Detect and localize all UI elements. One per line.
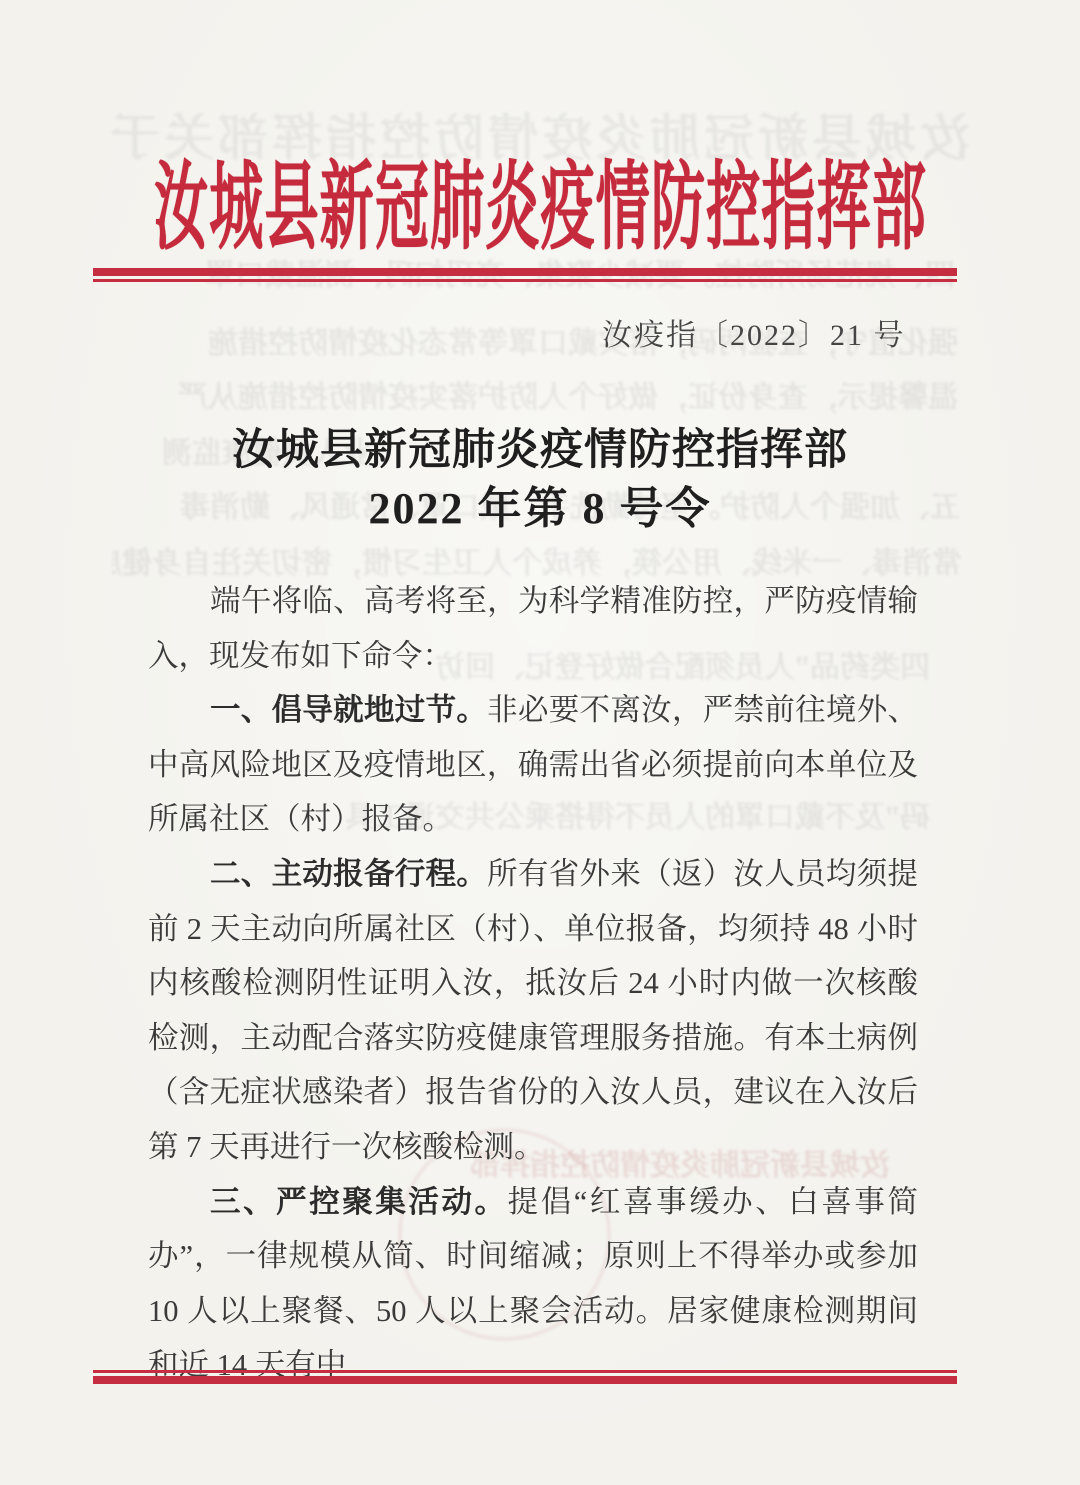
letterhead: 汝城县新冠肺炎疫情防控指挥部 — [154, 155, 926, 262]
paragraph-text: 端午将临、高考将至，为科学精准防控，严防疫情输入，现发布如下命令： — [148, 584, 918, 673]
order-body: 端午将临、高考将至，为科学精准防控，严防疫情输入，现发布如下命令： 一、倡导就地… — [148, 574, 918, 1393]
rule-thick-line — [93, 1376, 957, 1384]
rule-thin-line — [93, 279, 957, 282]
footer-rule — [93, 1370, 957, 1384]
paragraph-order-1: 一、倡导就地过节。非必要不离汝，严禁前往境外、中高风险地区及疫情地区，确需出省必… — [148, 683, 918, 847]
paragraph-order-3: 三、严控聚集活动。提倡“红喜事缓办、白喜事简办”，一律规模从简、时间缩减；原则上… — [148, 1175, 918, 1393]
letterhead-rule — [93, 268, 957, 282]
paragraph-text: 所有省外来（返）汝人员均须提前 2 天主动向所属社区（村）、单位报备，均须持 4… — [148, 857, 918, 1164]
paragraph-lead: 三、严控聚集活动。 — [210, 1185, 508, 1219]
scanned-official-document: 汝城县新冠肺炎疫情防控指挥部关于加强疫情防控的通告 四、规范场所防控。要减少聚集… — [0, 0, 1080, 1485]
order-title-line2: 2022 年第 8 号令 — [0, 472, 1080, 536]
letterhead-title: 汝城县新冠肺炎疫情防控指挥部 — [154, 155, 926, 262]
paragraph-order-2: 二、主动报备行程。所有省外来（返）汝人员均须提前 2 天主动向所属社区（村）、单… — [148, 847, 918, 1175]
bleedthrough-text: 温馨提示，查身份证，做好个人防护落实疫情防控措施从严 — [118, 372, 958, 416]
order-title-line1: 汝城县新冠肺炎疫情防控指挥部 — [0, 416, 1080, 477]
paragraph-lead: 二、主动报备行程。 — [210, 857, 487, 891]
document-number: 汝疫指〔2022〕21 号 — [602, 310, 906, 354]
paragraph-lead: 一、倡导就地过节。 — [210, 693, 487, 727]
rule-thick-line — [93, 268, 957, 276]
paragraph-intro: 端午将临、高考将至，为科学精准防控，严防疫情输入，现发布如下命令： — [148, 574, 918, 683]
